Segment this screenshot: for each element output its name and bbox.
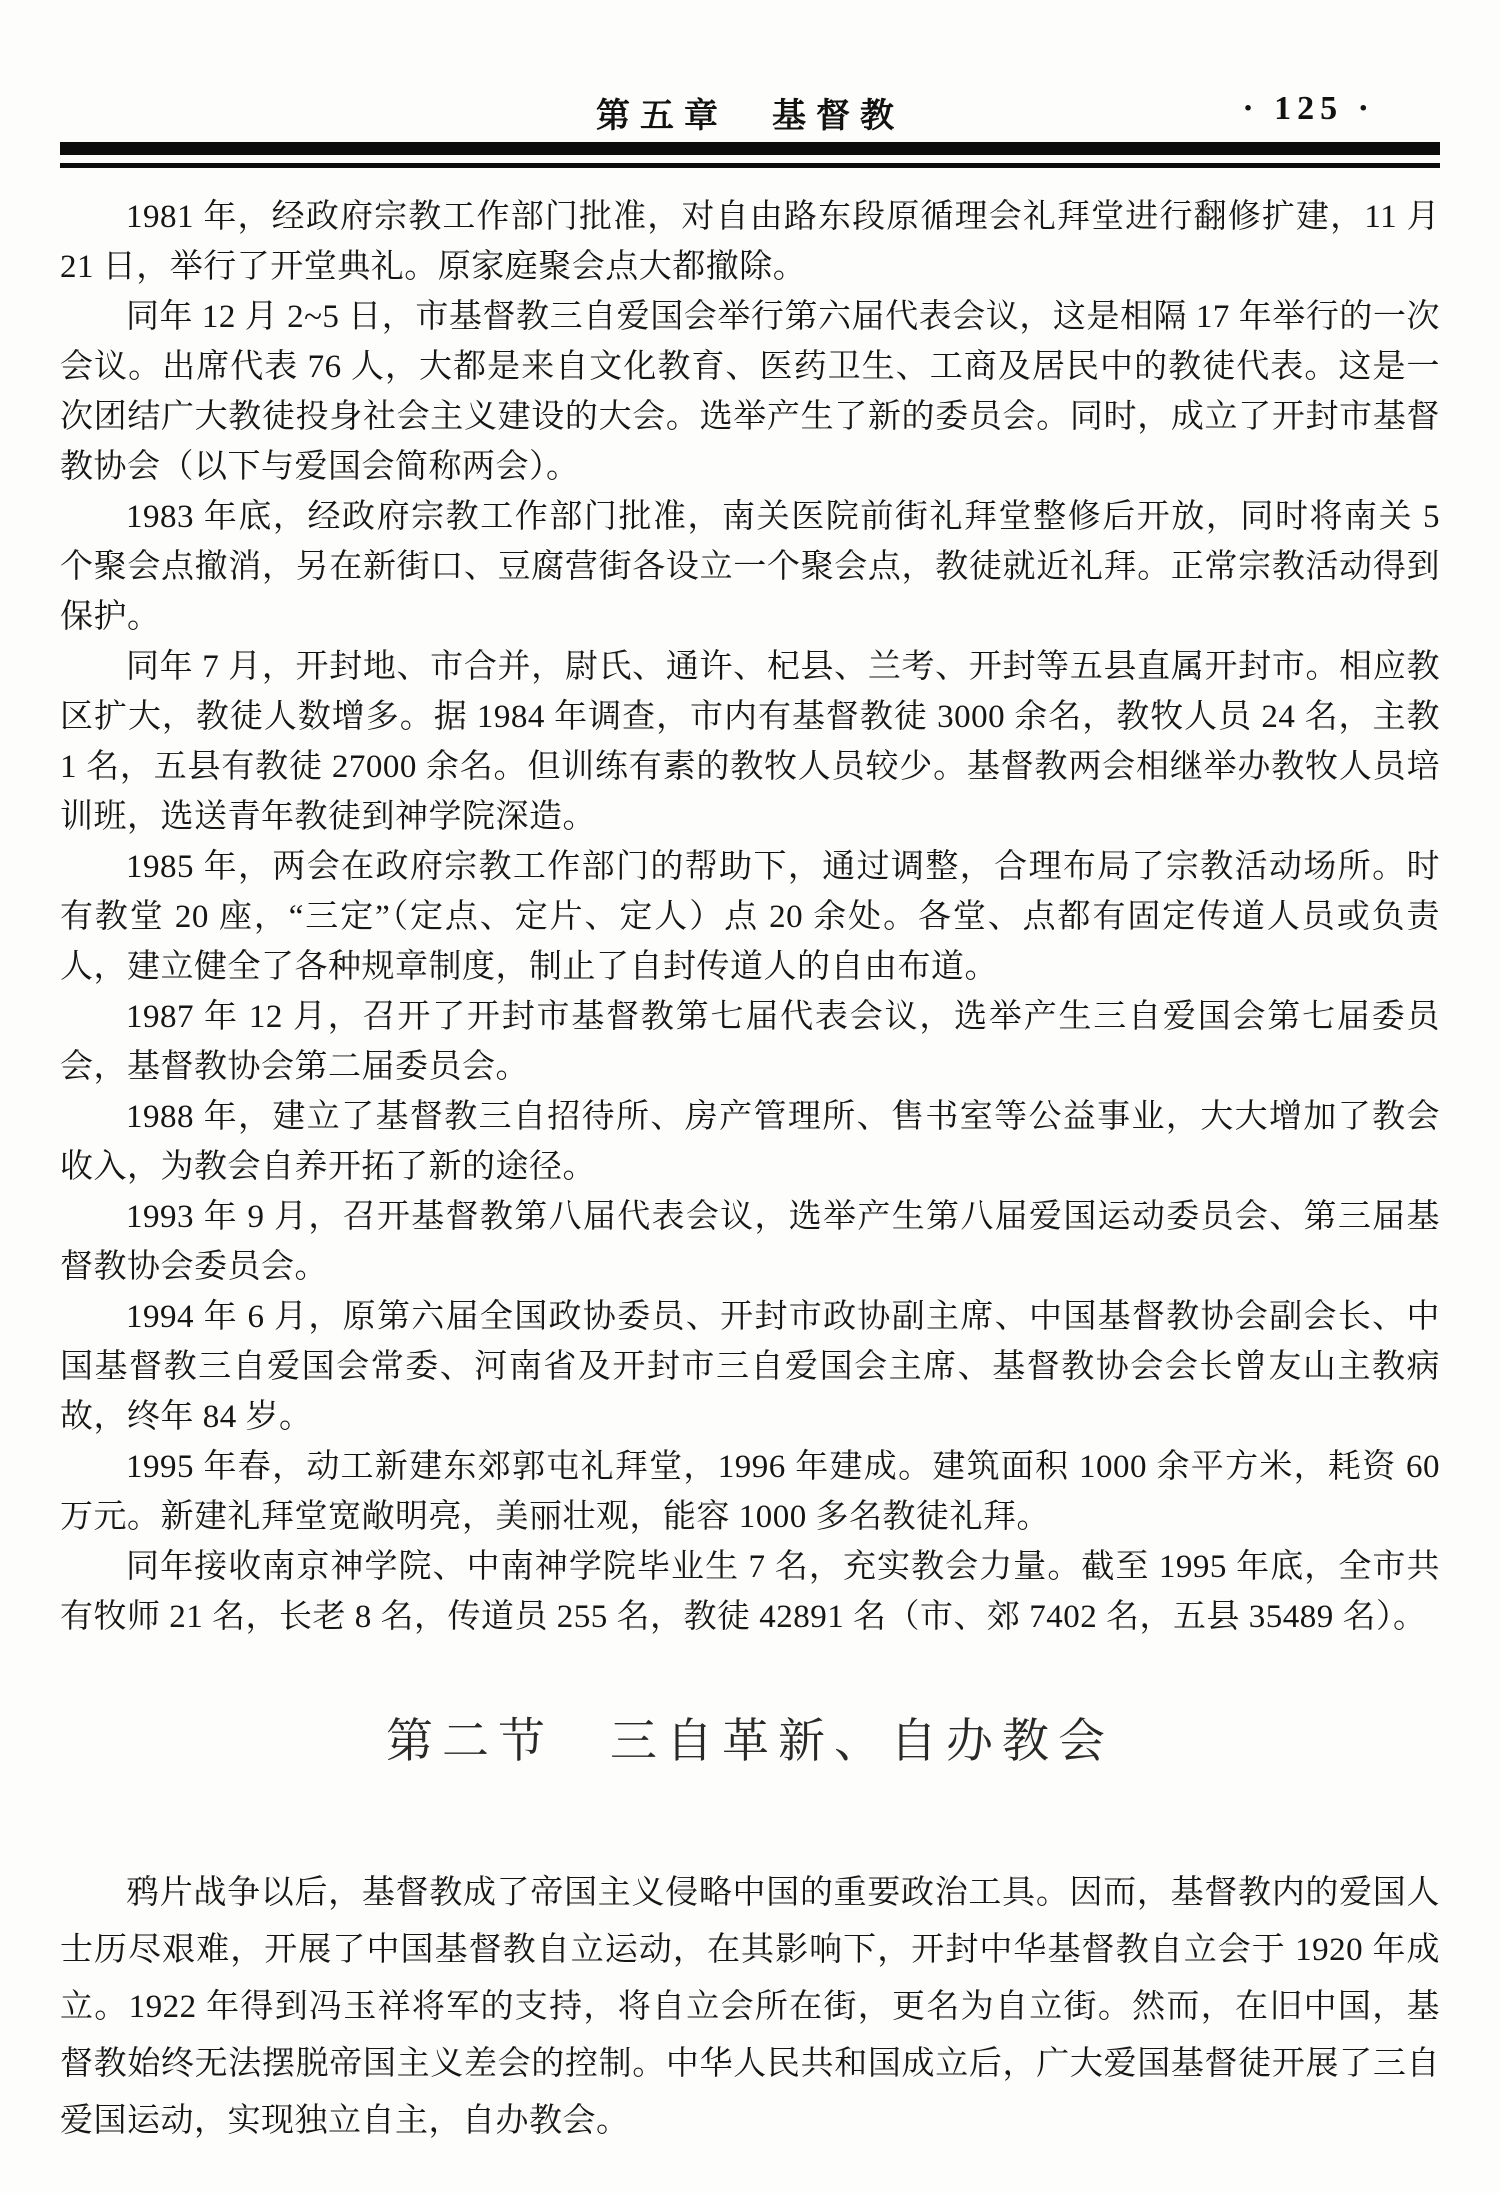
paragraph: 1993 年 9 月，召开基督教第八届代表会议，选举产生第八届爱国运动委员会、第… [60, 1192, 1440, 1292]
header-rule-thick-line [60, 142, 1440, 155]
paragraph: 1981 年，经政府宗教工作部门批准，对自由路东段原循理会礼拜堂进行翻修扩建，1… [60, 192, 1440, 292]
paragraph: 同年 12 月 2~5 日，市基督教三自爱国会举行第六届代表会议，这是相隔 17… [60, 292, 1440, 492]
section-heading: 第二节 三自革新、自办教会 [60, 1704, 1440, 1771]
paragraph: 鸦片战争以后，基督教成了帝国主义侵略中国的重要政治工具。因而，基督教内的爱国人士… [60, 1865, 1440, 2150]
paragraph: 1983 年底，经政府宗教工作部门批准，南关医院前街礼拜堂整修后开放，同时将南关… [60, 492, 1440, 642]
header-rule-thin-line [60, 163, 1440, 168]
paragraph: 1994 年 6 月，原第六届全国政协委员、开封市政协副主席、中国基督教协会副会… [60, 1292, 1440, 1442]
paragraph: 1985 年，两会在政府宗教工作部门的帮助下，通过调整，合理布局了宗教活动场所。… [60, 842, 1440, 992]
page-body: 1981 年，经政府宗教工作部门批准，对自由路东段原循理会礼拜堂进行翻修扩建，1… [60, 192, 1440, 2150]
paragraph: 1988 年，建立了基督教三自招待所、房产管理所、售书室等公益事业，大大增加了教… [60, 1092, 1440, 1192]
chapter-title: 第五章 基督教 [60, 88, 1440, 137]
header-rule [60, 142, 1440, 168]
page-number: · 125 · [1242, 90, 1375, 128]
paragraph: 1995 年春，动工新建东郊郭屯礼拜堂，1996 年建成。建筑面积 1000 余… [60, 1442, 1440, 1542]
paragraph: 同年接收南京神学院、中南神学院毕业生 7 名，充实教会力量。截至 1995 年底… [60, 1542, 1440, 1642]
page-header: 第五章 基督教 · 125 · [60, 88, 1440, 134]
paragraph: 同年 7 月，开封地、市合并，尉氏、通许、杞县、兰考、开封等五县直属开封市。相应… [60, 642, 1440, 842]
book-page: 第五章 基督教 · 125 · 1981 年，经政府宗教工作部门批准，对自由路东… [0, 0, 1500, 2193]
section-body: 鸦片战争以后，基督教成了帝国主义侵略中国的重要政治工具。因而，基督教内的爱国人士… [60, 1865, 1440, 2150]
paragraph: 1987 年 12 月，召开了开封市基督教第七届代表会议，选举产生三自爱国会第七… [60, 992, 1440, 1092]
